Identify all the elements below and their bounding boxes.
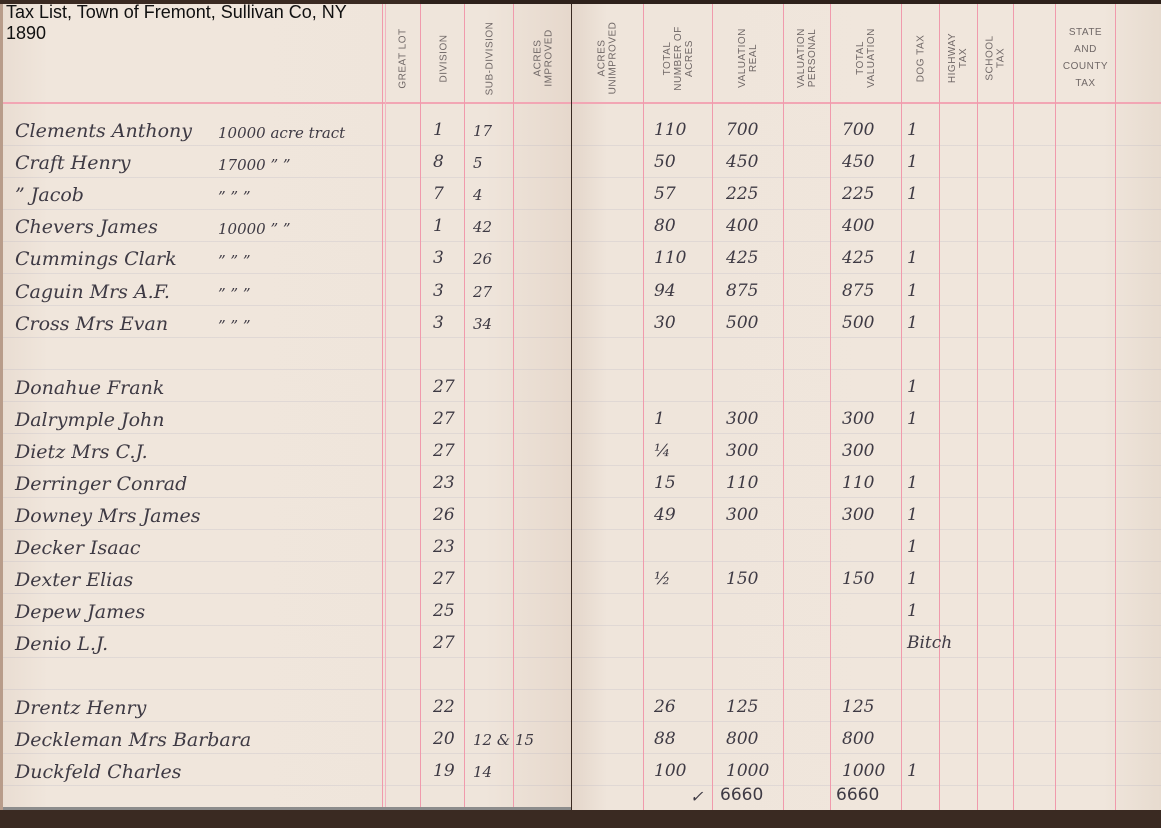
dog-tax-value: 1 [907,248,918,268]
valuation-real-value: 300 [726,441,758,461]
valuation-real-value: 225 [726,184,758,204]
tract-description: 10000 acre tract [218,124,345,142]
column-rule [420,4,421,810]
valuation-real-value: 150 [726,569,758,589]
total-acres-value: ½ [654,569,670,589]
taxpayer-name: Derringer Conrad [15,473,187,495]
total-acres-value: 88 [654,729,676,749]
column-rule [712,4,713,810]
left-page: GREAT LOT DIVISION SUB-DIVISION ACRESIMP… [0,4,571,810]
column-rule [939,4,940,810]
tract-description: ” ” ” [218,285,251,303]
column-rule [464,4,465,810]
division-value: 3 [433,313,444,333]
tract-description: ” ” ” [218,252,251,270]
total-check-mark: ✓ [690,787,703,806]
valuation-real-value: 400 [726,216,758,236]
valuation-real-value: 425 [726,248,758,268]
taxpayer-name: Craft Henry [15,152,131,174]
division-value: 27 [433,569,455,589]
total-valuation-value: 110 [842,473,874,493]
division-value: 7 [433,184,444,204]
total-valuation-value: 800 [842,729,874,749]
total-valuation-value: 225 [842,184,874,204]
valuation-real-value: 500 [726,313,758,333]
header-school-tax: SCHOOLTAX [978,10,1013,106]
valuation-real-value: 875 [726,281,758,301]
division-value: 3 [433,281,444,301]
valuation-real-value: 1000 [726,761,769,781]
tract-description: 17000 ” ” [218,156,291,174]
total-acres-value: 30 [654,313,676,333]
header-valuation-real: VALUATIONREAL [713,10,783,106]
taxpayer-name: Dietz Mrs C.J. [15,441,148,463]
taxpayer-name: Chevers James [15,216,158,238]
dog-tax-value: 1 [907,473,918,493]
header-dog-tax: DOG TAX [902,10,939,106]
division-value: 27 [433,377,455,397]
valuation-real-value: 125 [726,697,758,717]
dog-tax-value: 1 [907,152,918,172]
title-line-2: 1890 [6,23,347,44]
sub-division-value: 17 [473,122,492,140]
dog-tax-value: 1 [907,601,918,621]
dog-tax-value: 1 [907,281,918,301]
sub-division-value: 42 [473,218,492,236]
division-value: 23 [433,537,455,557]
division-value: 3 [433,248,444,268]
total-acres-value: 110 [654,120,686,140]
sub-division-value: 14 [473,763,492,781]
dog-tax-value: 1 [907,569,918,589]
column-rule [643,4,644,810]
header-division: DIVISION [423,10,465,106]
header-state-county-tax: STATEANDCOUNTYTAX [1056,10,1115,106]
total-acres-value: 100 [654,761,686,781]
taxpayer-name: Dexter Elias [15,569,133,591]
total-valuation-value: 300 [842,409,874,429]
taxpayer-name: Duckfeld Charles [15,761,181,783]
header-highway-tax: HIGHWAYTAX [940,10,977,106]
dog-tax-value: 1 [907,184,918,204]
sub-division-value: 5 [473,154,483,172]
valuation-real-value: 110 [726,473,758,493]
sub-division-value: 34 [473,315,492,333]
dog-tax-value: 1 [907,409,918,429]
valuation-real-value: 800 [726,729,758,749]
dog-tax-value: 1 [907,761,918,781]
total-acres-value: 1 [654,409,665,429]
total-acres-value: 50 [654,152,676,172]
tract-description: ” ” ” [218,317,251,335]
division-value: 27 [433,441,455,461]
valuation-real-value: 450 [726,152,758,172]
column-rule [1115,4,1116,810]
dog-tax-value: 1 [907,537,918,557]
valuation-real-value: 300 [726,409,758,429]
total-valuation-value: 700 [842,120,874,140]
dog-tax-value: 1 [907,505,918,525]
division-value: 8 [433,152,444,172]
total-valuation-value: 425 [842,248,874,268]
taxpayer-name: Drentz Henry [15,697,146,719]
division-value: 19 [433,761,455,781]
dog-tax-value: Bitch [907,633,952,653]
header-sub-division: SUB-DIVISION [466,10,514,106]
division-value: 27 [433,633,455,653]
taxpayer-name: Caguin Mrs A.F. [15,281,170,303]
valuation-real-value: 700 [726,120,758,140]
column-rule [830,4,831,810]
header-total-valuation: TOTALVALUATION [831,10,901,106]
total-valuation-value: 450 [842,152,874,172]
total-valuation-real: 6660 [720,785,763,805]
total-acres-value: 15 [654,473,676,493]
total-valuation-value: 1000 [842,761,885,781]
header-total-acres: TOTALNUMBER OFACRES [644,10,712,106]
total-acres-value: 110 [654,248,686,268]
column-rule [977,4,978,810]
taxpayer-name: Clements Anthony [15,120,192,142]
column-rule [382,4,383,810]
division-value: 20 [433,729,455,749]
taxpayer-name: Depew James [15,601,145,623]
column-rule [901,4,902,810]
column-rule [1013,4,1014,810]
total-acres-value: ¼ [654,441,670,461]
column-rule [1055,4,1056,810]
sub-division-value: 4 [473,186,483,204]
column-rule [513,4,514,810]
valuation-real-value: 300 [726,505,758,525]
taxpayer-name: Denio L.J. [15,633,108,655]
dog-tax-value: 1 [907,377,918,397]
division-value: 26 [433,505,455,525]
total-valuation: 6660 [836,785,879,805]
division-value: 27 [433,409,455,429]
taxpayer-name: Deckleman Mrs Barbara [15,729,251,751]
total-valuation-value: 875 [842,281,874,301]
copyright-banner-left: B Online Collections. This material is f… [0,807,571,810]
taxpayer-name: Dalrymple John [15,409,165,431]
total-acres-value: 26 [654,697,676,717]
total-valuation-value: 300 [842,505,874,525]
division-value: 25 [433,601,455,621]
taxpayer-name: Cummings Clark [15,248,177,270]
dog-tax-value: 1 [907,313,918,333]
header-valuation-personal: VALUATIONPERSONAL [784,10,830,106]
total-valuation-value: 400 [842,216,874,236]
division-value: 1 [433,120,444,140]
taxpayer-name: ” Jacob [15,184,84,206]
header-acres-unimproved: ACRESUNIMPROVED [572,10,643,106]
tract-description: ” ” ” [218,188,251,206]
right-page: ACRESUNIMPROVED TOTALNUMBER OFACRES VALU… [572,4,1161,810]
sub-division-value: 27 [473,283,492,301]
sub-division-value: 26 [473,250,492,268]
dog-tax-value: 1 [907,120,918,140]
header-great-lot: GREAT LOT [385,10,421,106]
taxpayer-name: Donahue Frank [15,377,164,399]
division-value: 23 [433,473,455,493]
tract-description: 10000 ” ” [218,220,291,238]
total-acres-value: 49 [654,505,676,525]
total-valuation-value: 500 [842,313,874,333]
total-acres-value: 94 [654,281,676,301]
title-line-1: Tax List, Town of Fremont, Sullivan Co, … [6,2,347,23]
division-value: 22 [433,697,455,717]
taxpayer-name: Cross Mrs Evan [15,313,168,335]
header-acres-improved: ACRESIMPROVED [515,10,571,106]
total-acres-value: 80 [654,216,676,236]
total-acres-value: 57 [654,184,676,204]
page-title: Tax List, Town of Fremont, Sullivan Co, … [6,2,347,44]
division-value: 1 [433,216,444,236]
sub-division-value: 12 & 15 [473,731,534,749]
taxpayer-name: Decker Isaac [15,537,141,559]
total-valuation-value: 300 [842,441,874,461]
taxpayer-name: Downey Mrs James [15,505,200,527]
total-valuation-value: 150 [842,569,874,589]
total-valuation-value: 125 [842,697,874,717]
column-rule [783,4,784,810]
